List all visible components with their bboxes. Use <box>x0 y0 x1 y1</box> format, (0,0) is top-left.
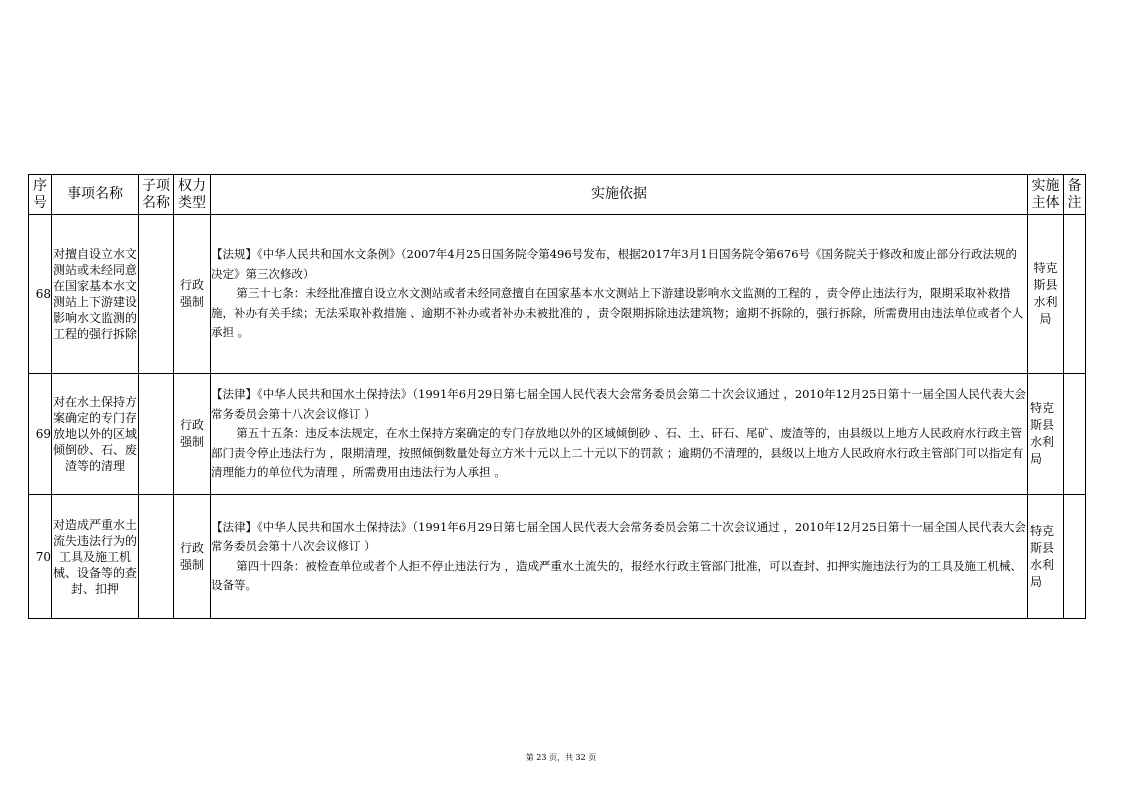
basis-title: 【法规】《中华人民共和国水文条例》（2007年4月25日国务院令第496号发布，… <box>211 245 1027 284</box>
basis-title: 【法律】《中华人民共和国水土保持法》（1991年6月29日第七届全国人民代表大会… <box>211 518 1027 557</box>
basis-article: 第三十七条：未经批准擅自设立水文测站或者未经同意擅自在国家基本水文测站上下游建设… <box>211 284 1027 343</box>
power-list-table: 序号 事项名称 子项名称 权力类型 实施依据 实施主体 备注 68 对擅自设立水… <box>28 174 1086 619</box>
row-sub-name <box>139 215 174 374</box>
row-no: 69 <box>29 374 52 495</box>
header-note: 备注 <box>1064 175 1086 215</box>
row-basis: 【法律】《中华人民共和国水土保持法》（1991年6月29日第七届全国人民代表大会… <box>211 495 1028 619</box>
row-item-name: 对造成严重水土流失违法行为的工具及施工机械、设备等的查封、扣押 <box>52 495 139 619</box>
row-no: 70 <box>29 495 52 619</box>
header-type: 权力类型 <box>174 175 211 215</box>
page-number: 第 23 页，共 32 页 <box>0 752 1122 763</box>
row-item-name: 对擅自设立水文测站或未经同意在国家基本水文测站上下游建设影响水文监测的工程的强行… <box>52 215 139 374</box>
row-note <box>1064 215 1086 374</box>
table-row: 70 对造成严重水土流失违法行为的工具及施工机械、设备等的查封、扣押 行政强制 … <box>29 495 1086 619</box>
table-row: 68 对擅自设立水文测站或未经同意在国家基本水文测站上下游建设影响水文监测的工程… <box>29 215 1086 374</box>
header-org: 实施主体 <box>1028 175 1064 215</box>
basis-article: 第五十五条：违反本法规定，在水土保持方案确定的专门存放地以外的区域倾倒砂 、石、… <box>211 424 1027 483</box>
row-power-type: 行政强制 <box>174 215 211 374</box>
row-power-type: 行政强制 <box>174 374 211 495</box>
header-row: 序号 事项名称 子项名称 权力类型 实施依据 实施主体 备注 <box>29 175 1086 215</box>
header-sub: 子项名称 <box>139 175 174 215</box>
row-org: 特克斯县水利局 <box>1028 215 1064 374</box>
table-row: 69 对在水土保持方案确定的专门存放地以外的区域倾倒砂、石、废渣等的清理 行政强… <box>29 374 1086 495</box>
header-no: 序号 <box>29 175 52 215</box>
header-name: 事项名称 <box>52 175 139 215</box>
row-org: 特克斯县水利局 <box>1028 495 1064 619</box>
row-item-name: 对在水土保持方案确定的专门存放地以外的区域倾倒砂、石、废渣等的清理 <box>52 374 139 495</box>
row-note <box>1064 374 1086 495</box>
row-org: 特克斯县水利局 <box>1028 374 1064 495</box>
row-no: 68 <box>29 215 52 374</box>
row-basis: 【法律】《中华人民共和国水土保持法》（1991年6月29日第七届全国人民代表大会… <box>211 374 1028 495</box>
basis-article: 第四十四条：被检查单位或者个人拒不停止违法行为 ，造成严重水土流失的，报经水行政… <box>211 557 1027 596</box>
row-power-type: 行政强制 <box>174 495 211 619</box>
row-sub-name <box>139 374 174 495</box>
basis-title: 【法律】《中华人民共和国水土保持法》（1991年6月29日第七届全国人民代表大会… <box>211 385 1027 424</box>
row-sub-name <box>139 495 174 619</box>
row-basis: 【法规】《中华人民共和国水文条例》（2007年4月25日国务院令第496号发布，… <box>211 215 1028 374</box>
row-note <box>1064 495 1086 619</box>
header-basis: 实施依据 <box>211 175 1028 215</box>
